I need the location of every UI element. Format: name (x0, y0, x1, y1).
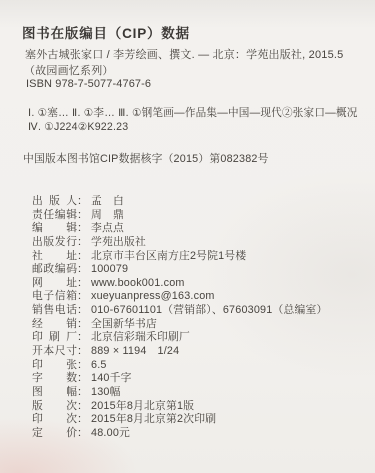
row-label: 图 幅 (32, 386, 77, 400)
row-value: 孟 白 (91, 195, 369, 209)
row-value: 48.00元 (91, 427, 369, 441)
row-label: 定 价 (32, 427, 77, 441)
row-value: 100079 (91, 263, 369, 277)
row-label: 邮政编码 (32, 263, 77, 277)
pubinfo-row-website: 网 址：www.book001.com (32, 277, 369, 291)
row-label: 责任编辑 (32, 209, 77, 223)
pubinfo-row-printing-run: 印 次：2015年8月北京第2次印刷 (32, 413, 369, 427)
pubinfo-row-printed-sheets: 印 张：6.5 (32, 359, 369, 373)
pubinfo-row-edition: 版 次：2015年8月北京第1版 (32, 400, 369, 414)
cip-isbn-line: ISBN 978-7-5077-4767-6 (26, 78, 151, 90)
row-label: 出版发行 (32, 236, 77, 250)
row-value: 2015年8月北京第2次印刷 (91, 413, 369, 427)
row-value: 李点点 (91, 222, 369, 236)
row-value: 2015年8月北京第1版 (91, 400, 369, 414)
row-label: 网 址 (32, 277, 77, 291)
row-label: 销售电话 (32, 304, 77, 318)
row-label: 出 版 人 (32, 195, 77, 209)
row-value: 周 鼎 (91, 209, 369, 223)
book-copyright-page: 图书在版编目（CIP）数据 塞外古城张家口 / 李芳绘画、撰文. — 北京：学苑… (0, 0, 375, 473)
row-colon: ： (77, 290, 91, 304)
pubinfo-row-address: 社 址：北京市丰台区南方庄2号院1号楼 (32, 250, 369, 264)
pubinfo-row-publisher: 出 版 人：孟 白 (32, 195, 369, 209)
row-value: 889 × 1194 1/24 (91, 345, 369, 359)
cip-registration-line: 中国版本图书馆CIP数据核字（2015）第082382号 (23, 151, 269, 166)
row-colon: ： (77, 250, 91, 264)
row-value: 6.5 (91, 359, 369, 373)
row-colon: ： (77, 304, 91, 318)
row-label: 印 次 (32, 413, 77, 427)
pubinfo-row-illustration-count: 图 幅：130幅 (32, 386, 369, 400)
row-colon: ： (77, 277, 91, 291)
row-colon: ： (77, 236, 91, 250)
pubinfo-row-postal-code: 邮政编码：100079 (32, 263, 369, 277)
pubinfo-row-printing-house: 印 刷 厂：北京信彩瑞禾印刷厂 (32, 331, 369, 345)
row-colon: ： (77, 222, 91, 236)
row-value: 010-67601101（营销部）、67603091（总编室） (91, 304, 369, 318)
pubinfo-row-word-count: 字 数：140千字 (32, 372, 369, 386)
cip-series-line: （故园画忆系列） (24, 62, 114, 78)
row-label: 印 张 (32, 359, 77, 373)
row-value: 学苑出版社 (91, 236, 369, 250)
pubinfo-row-responsible-editor: 责任编辑：周 鼎 (32, 209, 369, 223)
row-colon: ： (77, 400, 91, 414)
row-colon: ： (77, 331, 91, 345)
row-label: 字 数 (32, 372, 77, 386)
pubinfo-row-distribution: 经 销：全国新华书店 (32, 318, 369, 332)
row-value: xueyuanpress@163.com (91, 290, 369, 304)
row-value: 北京市丰台区南方庄2号院1号楼 (91, 250, 369, 264)
row-label: 经 销 (32, 318, 77, 332)
row-colon: ： (77, 209, 91, 223)
row-colon: ： (77, 413, 91, 427)
row-colon: ： (77, 427, 91, 441)
cip-classification-line-1: Ⅰ. ①塞… Ⅱ. ①李… Ⅲ. ①钢笔画—作品集—中国—现代②张家口—概况 (28, 105, 358, 120)
pubinfo-row-format-size: 开本尺寸：889 × 1194 1/24 (32, 345, 369, 359)
row-colon: ： (77, 195, 91, 209)
row-label: 版 次 (32, 400, 77, 414)
cip-book-line: 塞外古城张家口 / 李芳绘画、撰文. — 北京：学苑出版社, 2015.5 (25, 46, 344, 62)
row-label: 社 址 (32, 250, 77, 264)
row-label: 电子信箱 (32, 290, 77, 304)
row-colon: ： (77, 263, 91, 277)
row-label: 印 刷 厂 (32, 331, 77, 345)
pubinfo-row-price: 定 价：48.00元 (32, 427, 369, 441)
pubinfo-row-editor: 编 辑：李点点 (32, 222, 369, 236)
pubinfo-row-email: 电子信箱：xueyuanpress@163.com (32, 290, 369, 304)
row-colon: ： (77, 318, 91, 332)
row-value: 140千字 (91, 372, 369, 386)
row-colon: ： (77, 345, 91, 359)
row-value: 北京信彩瑞禾印刷厂 (91, 331, 369, 345)
row-value: www.book001.com (91, 277, 369, 291)
row-value: 130幅 (91, 386, 369, 400)
row-value: 全国新华书店 (91, 318, 369, 332)
pubinfo-row-sales-phone: 销售电话：010-67601101（营销部）、67603091（总编室） (32, 304, 369, 318)
row-colon: ： (77, 386, 91, 400)
row-label: 编 辑 (32, 222, 77, 236)
publication-info-list: 出 版 人：孟 白 责任编辑：周 鼎 编 辑：李点点 出版发行：学苑出版社 社 … (32, 195, 369, 441)
pubinfo-row-publisher-distributor: 出版发行：学苑出版社 (32, 236, 369, 250)
cip-title: 图书在版编目（CIP）数据 (22, 22, 190, 42)
row-colon: ： (77, 372, 91, 386)
row-colon: ： (77, 359, 91, 373)
cip-classification-line-2: Ⅳ. ①J224②K922.23 (28, 121, 128, 133)
row-label: 开本尺寸 (32, 345, 77, 359)
